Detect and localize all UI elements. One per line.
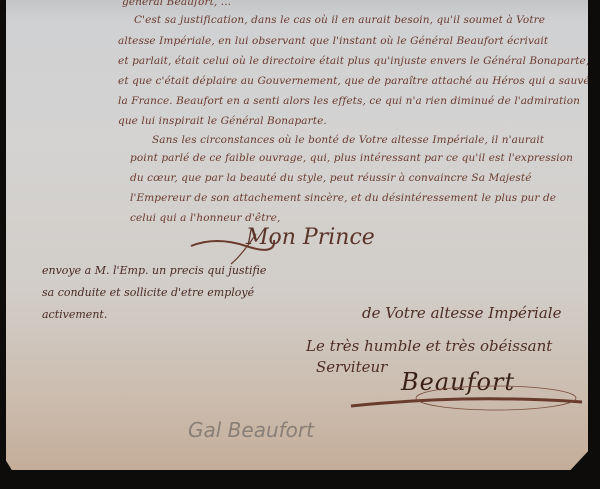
- margin-note-line-1: sa conduite et sollicite d'etre employé: [42, 286, 254, 299]
- manuscript-page: général Beaufort, ... C'est sa justifica…: [6, 0, 588, 470]
- closing-line-3: Serviteur: [316, 358, 387, 376]
- body-line-5: la France. Beaufort en a senti alors les…: [118, 95, 580, 107]
- body-line-8: point parlé de ce faible ouvrage, qui, p…: [130, 152, 573, 164]
- signature-flourish: [346, 380, 586, 420]
- margin-note-line-2: activement.: [42, 308, 107, 321]
- body-line-6: que lui inspirait le Général Bonaparte.: [118, 115, 327, 127]
- body-line-10: l'Empereur de son attachement sincère, e…: [130, 192, 556, 204]
- body-line-1: C'est sa justification, dans le cas où i…: [134, 14, 545, 26]
- closing-line-1: de Votre altesse Impériale: [362, 304, 561, 322]
- body-line-11: celui qui a l'honneur d'être,: [130, 212, 280, 224]
- body-line-3: et parlait, était celui où le directoire…: [118, 55, 589, 67]
- body-line-9: du cœur, que par la beauté du style, peu…: [130, 172, 532, 184]
- salutation: Mon Prince: [246, 225, 375, 250]
- closing-line-2: Le très humble et très obéissant: [306, 337, 552, 355]
- margin-note-line-0: envoye a M. l'Emp. un precis qui justifi…: [42, 264, 266, 277]
- body-line-7: Sans les circonstances où le bonté de Vo…: [152, 134, 544, 146]
- body-line-4: et que c'était déplaire au Gouvernement,…: [118, 75, 590, 87]
- body-line-2: altesse Impériale, en lui observant que …: [118, 35, 548, 47]
- pencil-annotation: Gal Beaufort: [188, 418, 314, 442]
- body-line-0: général Beaufort, ...: [122, 0, 231, 8]
